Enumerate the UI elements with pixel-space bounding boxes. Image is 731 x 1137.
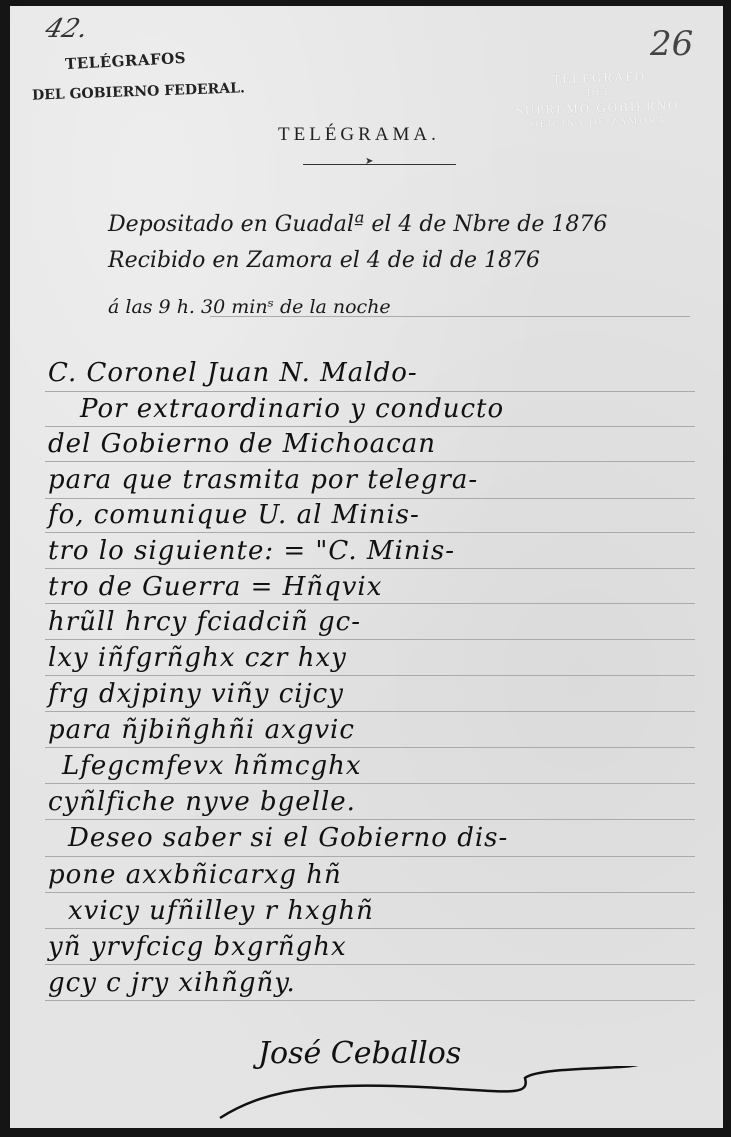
body-line: Lfegcmfevx hñmcghx [62, 751, 362, 781]
body-line: Por extraordinario y conducto [80, 394, 504, 424]
header-line-2: DEL GOBIERNO FEDERAL. [32, 80, 245, 103]
rule [45, 964, 695, 965]
rule [45, 532, 695, 533]
rule [45, 856, 695, 857]
rule [45, 639, 695, 640]
rule [210, 316, 690, 317]
body-line: gcy c jry xihñgñy. [48, 968, 296, 998]
rule [45, 498, 695, 499]
header-line-1: TELÉGRAFOS [65, 49, 187, 73]
rule [45, 711, 695, 712]
body-line: lxy iñfgrñghx czr hxy [48, 643, 347, 673]
deposited-line: Depositado en Guadalª el 4 de Nbre de 18… [108, 212, 607, 237]
body-line: cyñlfiche nyve bgelle. [48, 787, 356, 817]
body-line: para ñjbiñghñi axgvic [48, 715, 355, 745]
body-line: C. Coronel Juan N. Maldo- [48, 358, 418, 388]
body-line: xvicy ufñilley r hxghñ [68, 896, 374, 926]
rule [45, 892, 695, 893]
telegram-document: 42. 26 TELÉGRAFOS DEL GOBIERNO FEDERAL. … [10, 6, 723, 1128]
body-line: tro de Guerra = Hñqvix [48, 572, 382, 602]
body-line: yñ yrvfcicg bxgrñghx [48, 932, 347, 962]
rule [45, 426, 695, 427]
body-line: frg dxjpiny viñy cijcy [48, 679, 344, 709]
rule [45, 783, 695, 784]
archive-number-right: 26 [650, 24, 693, 64]
rule [45, 461, 695, 462]
body-line: fo, comunique U. al Minis- [48, 500, 420, 530]
rule [45, 391, 695, 392]
rule [45, 675, 695, 676]
body-line: tro lo siguiente: = "C. Minis- [48, 536, 455, 566]
body-line: del Gobierno de Michoacan [48, 429, 436, 459]
body-line: para que trasmita por telegra- [48, 465, 478, 495]
rule [45, 603, 695, 604]
document-title: TELÉGRAMA. [278, 124, 440, 146]
rule [45, 928, 695, 929]
rule [45, 819, 695, 820]
rule [45, 747, 695, 748]
body-line: pone axxbñicarxg hñ [48, 860, 342, 890]
archive-number-left: 42. [42, 14, 91, 44]
embossed-stamp: TELÉGRAFO DEL SUPREMO GOBIERNO. OFICINA … [494, 66, 706, 133]
rule [45, 1000, 695, 1001]
body-line: Deseo saber si el Gobierno dis- [68, 823, 508, 853]
ornament-divider [303, 164, 456, 165]
signature-flourish-icon [210, 1066, 650, 1126]
time-line: á las 9 h. 30 minˢ de la noche [108, 296, 391, 318]
rule [45, 568, 695, 569]
body-line: hrũll hrcy fciadciñ gc- [48, 607, 361, 637]
received-line: Recibido en Zamora el 4 de id de 1876 [108, 248, 540, 273]
